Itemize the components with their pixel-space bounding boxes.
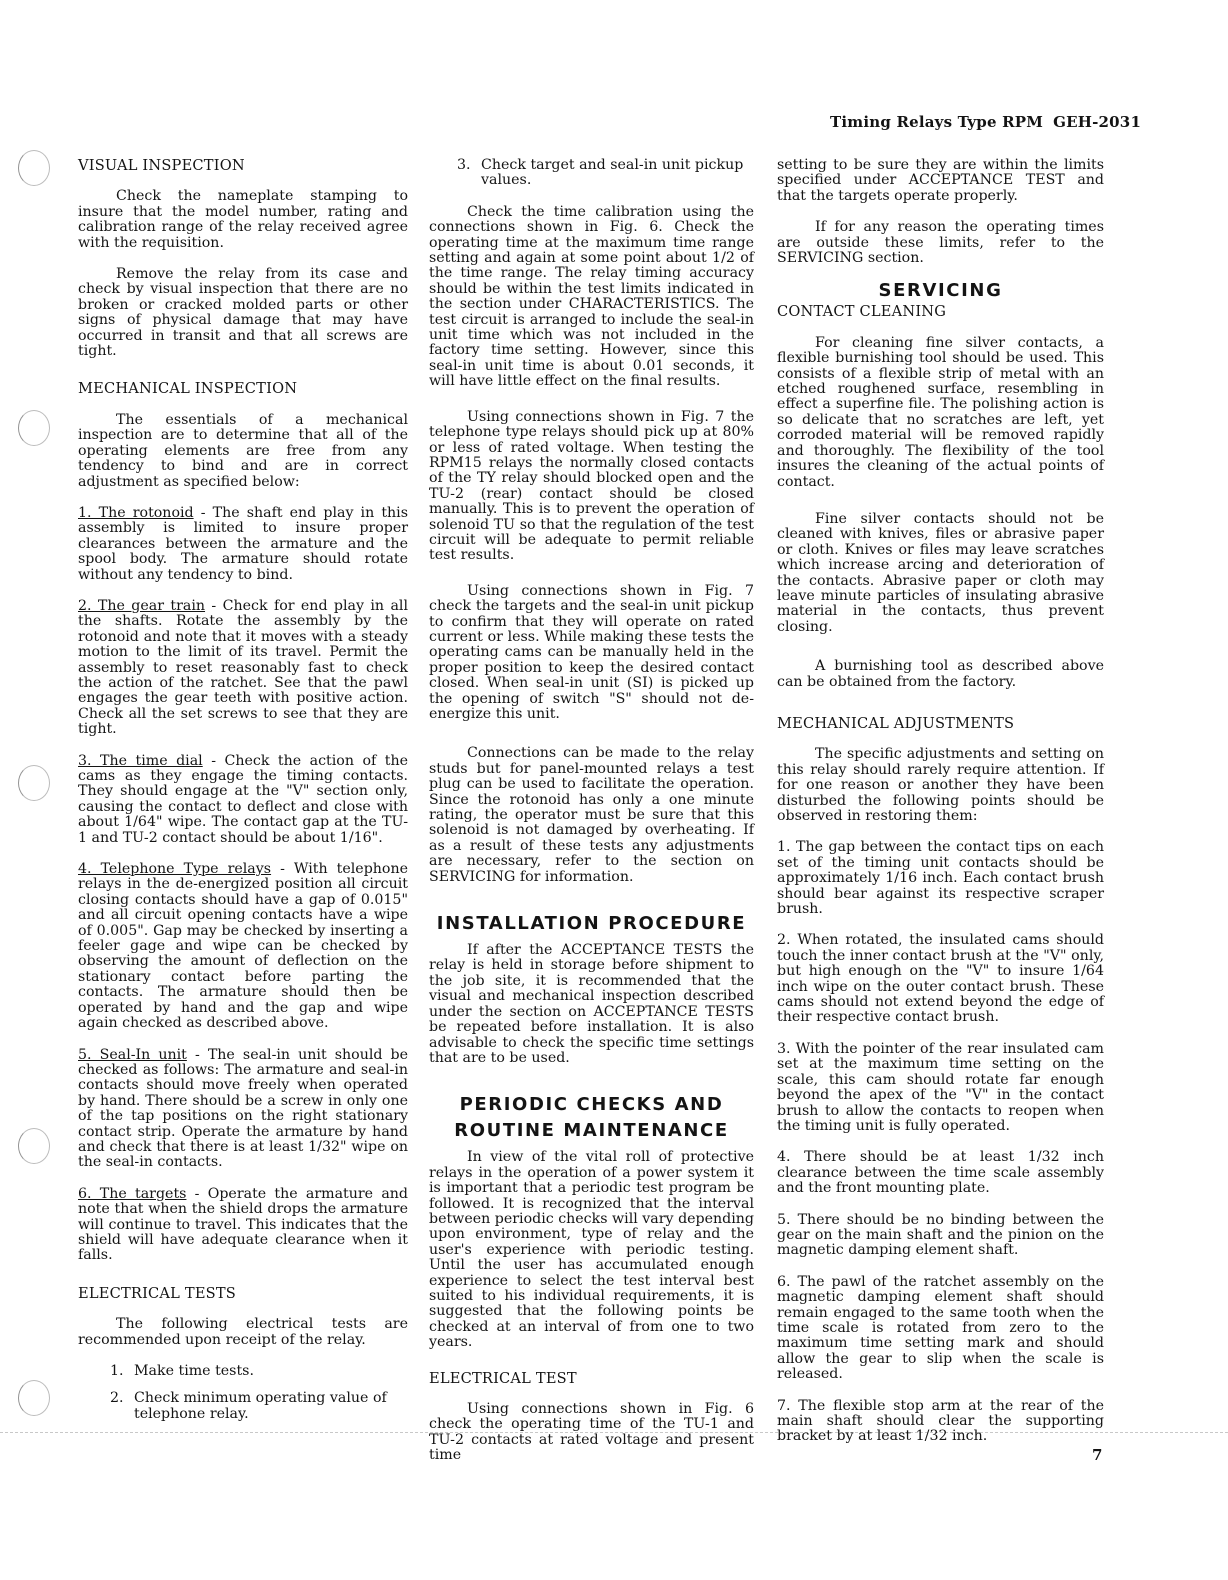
paragraph: A burnishing tool as described above can…	[777, 659, 1104, 690]
list-item: 1.Make time tests.	[78, 1364, 408, 1379]
adjustment-item: 1. The gap between the contact tips on e…	[777, 840, 1104, 917]
page-number: 7	[1092, 1446, 1102, 1464]
column-3: setting to be sure they are within the l…	[777, 158, 1104, 1461]
document-page: Timing Relays Type RPMGEH-2031 VISUAL IN…	[0, 0, 1228, 1580]
inspection-item: 2. The gear train - Check for end play i…	[78, 599, 408, 738]
paragraph: Using connections shown in Fig. 7 check …	[429, 584, 754, 723]
section-heading-electrical-test: ELECTRICAL TEST	[429, 1371, 754, 1386]
section-heading-installation-procedure: INSTALLATION PROCEDURE	[429, 911, 754, 937]
inspection-item: 5. Seal-In unit - The seal-in unit shoul…	[78, 1048, 408, 1171]
item-text: - The seal-in unit should be checked as …	[78, 1047, 408, 1171]
paragraph: setting to be sure they are within the l…	[777, 158, 1104, 204]
list-item: 3.Check target and seal-in unit pickup v…	[429, 158, 754, 189]
column-2: 3.Check target and seal-in unit pickup v…	[429, 158, 754, 1480]
item-title: 1. The rotonoid	[78, 505, 194, 521]
punch-hole-mark	[18, 410, 50, 446]
inspection-item: 1. The rotonoid - The shaft end play in …	[78, 506, 408, 583]
running-header: Timing Relays Type RPMGEH-2031	[830, 113, 1141, 131]
paragraph: Check the time calibration using the con…	[429, 205, 754, 390]
section-heading-periodic-checks: PERIODIC CHECKS AND ROUTINE MAINTENANCE	[429, 1092, 754, 1144]
punch-hole-mark	[18, 1380, 50, 1416]
paragraph: If after the ACCEPTANCE TESTS the relay …	[429, 943, 754, 1066]
item-text: - With telephone relays in the de-energi…	[78, 861, 408, 1031]
electrical-tests-list: 1.Make time tests. 2.Check minimum opera…	[78, 1364, 408, 1422]
inspection-item: 3. The time dial - Check the action of t…	[78, 754, 408, 846]
column-1: VISUAL INSPECTION Check the nameplate st…	[78, 158, 408, 1434]
item-title: 6. The targets	[78, 1186, 186, 1202]
adjustment-item: 4. There should be at least 1/32 inch cl…	[777, 1150, 1104, 1196]
paragraph: For cleaning fine silver contacts, a fle…	[777, 336, 1104, 490]
paragraph: If for any reason the operating times ar…	[777, 220, 1104, 266]
adjustment-item: 2. When rotated, the insulated cams shou…	[777, 933, 1104, 1025]
inspection-item: 6. The targets - Operate the armature an…	[78, 1187, 408, 1264]
paragraph: The specific adjustments and setting on …	[777, 747, 1104, 824]
adjustment-item: 7. The flexible stop arm at the rear of …	[777, 1399, 1104, 1445]
section-heading-visual-inspection: VISUAL INSPECTION	[78, 158, 408, 173]
electrical-tests-list-continued: 3.Check target and seal-in unit pickup v…	[429, 158, 754, 189]
paragraph: Check the nameplate stamping to insure t…	[78, 189, 408, 251]
punch-hole-mark	[18, 150, 50, 186]
paragraph: The essentials of a mechanical inspectio…	[78, 413, 408, 490]
item-title: 4. Telephone Type relays	[78, 861, 271, 877]
paragraph: Connections can be made to the relay stu…	[429, 746, 754, 885]
adjustment-item: 3. With the pointer of the rear insulate…	[777, 1042, 1104, 1134]
inspection-item: 4. Telephone Type relays - With telephon…	[78, 862, 408, 1031]
section-heading-electrical-tests: ELECTRICAL TESTS	[78, 1286, 408, 1301]
item-title: 2. The gear train	[78, 598, 205, 614]
document-number: GEH-2031	[1053, 113, 1141, 131]
paragraph: Using connections shown in Fig. 6 check …	[429, 1402, 754, 1464]
item-text: - Check for end play in all the shafts. …	[78, 598, 408, 737]
adjustment-item: 6. The pawl of the ratchet assembly on t…	[777, 1275, 1104, 1383]
document-title: Timing Relays Type RPM	[830, 113, 1043, 131]
paragraph: Fine silver contacts should not be clean…	[777, 512, 1104, 635]
paragraph: Remove the relay from its case and check…	[78, 267, 408, 359]
section-heading-mechanical-adjustments: MECHANICAL ADJUSTMENTS	[777, 716, 1104, 731]
paragraph: In view of the vital roll of protective …	[429, 1150, 754, 1350]
paragraph: Using connections shown in Fig. 7 the te…	[429, 410, 754, 564]
adjustment-item: 5. There should be no binding between th…	[777, 1213, 1104, 1259]
section-heading-servicing: SERVICING	[777, 278, 1104, 304]
item-title: 3. The time dial	[78, 753, 203, 769]
item-title: 5. Seal-In unit	[78, 1047, 187, 1063]
list-item: 2.Check minimum operating value of telep…	[78, 1391, 408, 1422]
section-heading-contact-cleaning: CONTACT CLEANING	[777, 304, 1104, 319]
punch-hole-mark	[18, 1128, 50, 1164]
section-heading-mechanical-inspection: MECHANICAL INSPECTION	[78, 381, 408, 396]
punch-hole-mark	[18, 765, 50, 801]
paragraph: The following electrical tests are recom…	[78, 1317, 408, 1348]
